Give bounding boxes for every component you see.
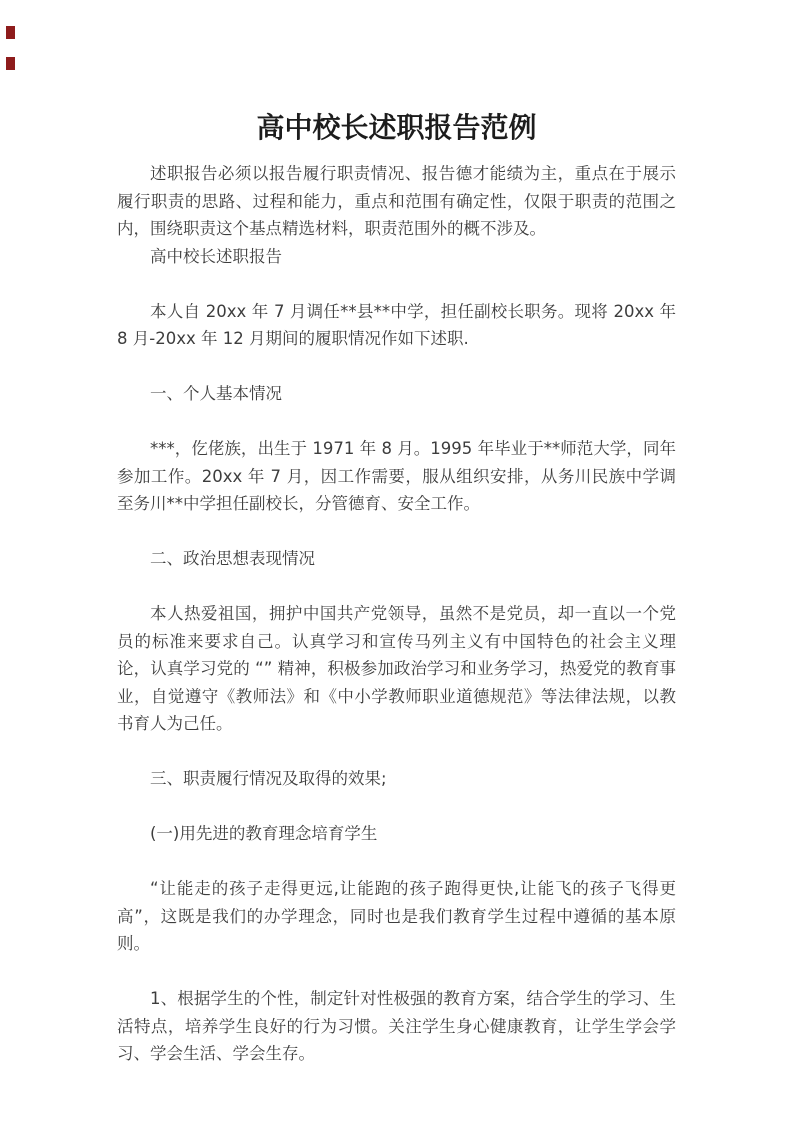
section-heading-2: 二、政治思想表现情况 [117, 545, 676, 573]
paragraph-philosophy-quote: “让能走的孩子走得更远,让能跑的孩子跑得更快,让能飞的孩子飞得更高”，这既是我们… [117, 875, 676, 958]
section-heading-3: 三、职责履行情况及取得的效果; [117, 765, 676, 793]
section-heading-1: 一、个人基本情况 [117, 380, 676, 408]
paragraph-personal-info: ***，仡佬族，出生于 1971 年 8 月。1995 年毕业于**师范大学，同… [117, 435, 676, 518]
paragraph-intro: 述职报告必须以报告履行职责情况、报告德才能绩为主，重点在于展示履行职责的思路、过… [117, 160, 676, 243]
subsection-heading-1: (一)用先进的教育理念培育学生 [117, 820, 676, 848]
red-bookmark-icon [6, 26, 15, 39]
paragraph-opening: 本人自 20xx 年 7 月调任**县**中学，担任副校长职务。现将 20xx … [117, 298, 676, 353]
red-bookmark-icon [6, 57, 15, 70]
document-page: 高中校长述职报告范例 述职报告必须以报告履行职责情况、报告德才能绩为主，重点在于… [0, 0, 793, 1122]
paragraph-item-1: 1、根据学生的个性，制定针对性极强的教育方案，结合学生的学习、生活特点，培养学生… [117, 985, 676, 1068]
document-body: 高中校长述职报告范例 述职报告必须以报告履行职责情况、报告德才能绩为主，重点在于… [117, 0, 676, 1068]
document-title: 高中校长述职报告范例 [117, 110, 676, 145]
paragraph-political-thought: 本人热爱祖国，拥护中国共产党领导，虽然不是党员，却一直以一个党员的标准来要求自己… [117, 600, 676, 738]
paragraph-subtitle: 高中校长述职报告 [117, 243, 676, 271]
